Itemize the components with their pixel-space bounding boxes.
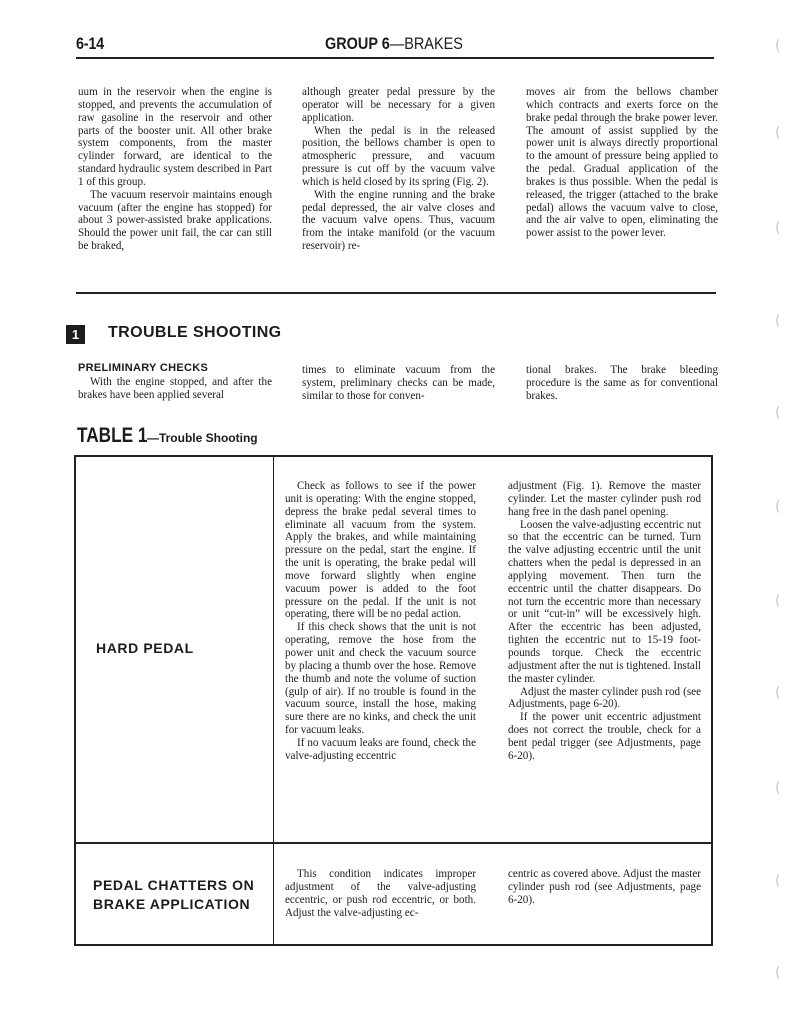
hard-pedal-remedy-column-1: Check as follows to see if the power uni… [285, 480, 476, 763]
binding-hole-mark: ( [775, 499, 780, 515]
intro-column-1: uum in the reservoir when the engine is … [78, 86, 272, 253]
table-column-divider [273, 455, 274, 946]
paragraph: adjustment (Fig. 1). Remove the master c… [508, 480, 701, 519]
page-number: 6-14 [76, 34, 104, 54]
paragraph: When the pedal is in the released positi… [302, 125, 495, 189]
paragraph: uum in the reservoir when the engine is … [78, 86, 272, 189]
condition-hard-pedal: HARD PEDAL [96, 639, 194, 658]
paragraph: Adjust the master cylinder push rod (see… [508, 686, 701, 712]
paragraph: Loosen the valve-adjusting eccentric nut… [508, 519, 701, 686]
binding-hole-mark: ( [775, 780, 780, 796]
preliminary-column-2: times to eliminate vacuum from the syste… [302, 364, 495, 403]
hard-pedal-remedy-column-2: adjustment (Fig. 1). Remove the master c… [508, 480, 701, 763]
preliminary-column-1: PRELIMINARY CHECKS With the engine stopp… [78, 362, 272, 402]
header-rule [76, 57, 714, 59]
section-number-badge: 1 [66, 325, 85, 344]
binding-hole-mark: ( [775, 38, 780, 54]
paragraph: Check as follows to see if the power uni… [285, 480, 476, 621]
binding-hole-mark: ( [775, 965, 780, 981]
paragraph: This condition indicates improper adjust… [285, 868, 476, 919]
section-divider [76, 292, 716, 294]
paragraph: If the power unit eccentric adjustment d… [508, 711, 701, 762]
paragraph: With the engine stopped, and after the b… [78, 376, 272, 402]
paragraph: times to eliminate vacuum from the syste… [302, 364, 495, 403]
binding-hole-mark: ( [775, 593, 780, 609]
paragraph: With the engine running and the brake pe… [302, 189, 495, 253]
condition-line: BRAKE APPLICATION [93, 895, 254, 914]
group-label: GROUP 6 [325, 34, 390, 53]
subheading: PRELIMINARY CHECKS [78, 362, 272, 375]
paragraph: tional brakes. The brake bleeding proced… [526, 364, 718, 403]
paragraph: although greater pedal pressure by the o… [302, 86, 495, 125]
paragraph: The vacuum reservoir maintains enough va… [78, 189, 272, 253]
paragraph: If this check shows that the unit is not… [285, 621, 476, 737]
table-title: TABLE 1—Trouble Shooting [77, 424, 258, 448]
binding-hole-mark: ( [775, 125, 780, 141]
intro-column-3: moves air from the bellows chamber which… [526, 86, 718, 240]
table-label: TABLE 1 [77, 424, 147, 448]
intro-column-2: although greater pedal pressure by the o… [302, 86, 495, 253]
preliminary-column-3: tional brakes. The brake bleeding proced… [526, 364, 718, 403]
binding-hole-mark: ( [775, 220, 780, 236]
table-caption: —Trouble Shooting [147, 431, 258, 445]
binding-hole-mark: ( [775, 405, 780, 421]
section-title: TROUBLE SHOOTING [108, 324, 282, 342]
running-header: GROUP 6—BRAKES [325, 34, 495, 54]
paragraph: centric as covered above. Adjust the mas… [508, 868, 701, 907]
condition-pedal-chatters: PEDAL CHATTERS ON BRAKE APPLICATION [93, 876, 254, 914]
table-row-divider [74, 842, 713, 844]
condition-line: PEDAL CHATTERS ON [93, 876, 254, 895]
paragraph: If no vacuum leaks are found, check the … [285, 737, 476, 763]
binding-hole-mark: ( [775, 313, 780, 329]
paragraph: moves air from the bellows chamber which… [526, 86, 718, 240]
chatter-remedy-column-2: centric as covered above. Adjust the mas… [508, 868, 701, 907]
group-subject: —BRAKES [390, 34, 463, 53]
chatter-remedy-column-1: This condition indicates improper adjust… [285, 868, 476, 919]
binding-hole-mark: ( [775, 873, 780, 889]
binding-hole-mark: ( [775, 685, 780, 701]
